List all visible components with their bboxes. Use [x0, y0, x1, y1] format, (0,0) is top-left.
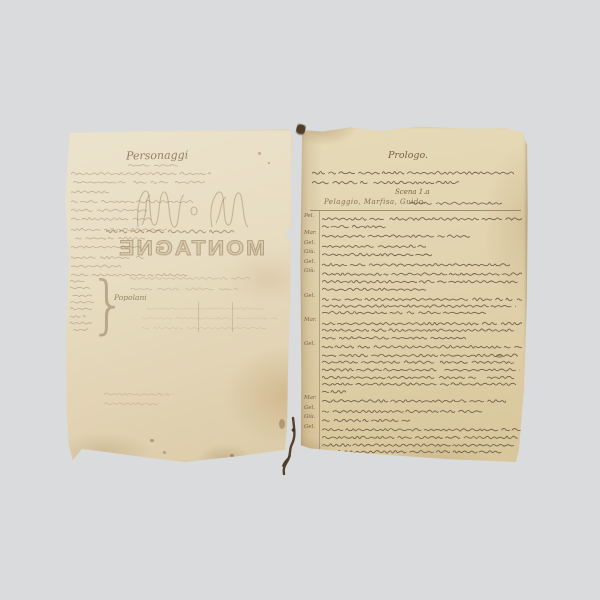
dialogue-paragraph: Pel. [322, 214, 522, 229]
dialogue-line [322, 365, 522, 372]
dialogue-paragraph: Gel. [322, 342, 522, 394]
handwriting-line [128, 160, 178, 170]
dialogue-paragraph: Gel. [322, 425, 522, 455]
handwriting-line [142, 313, 277, 323]
handwriting-line [142, 323, 270, 333]
dialogue-line [322, 214, 522, 221]
dialogue-paragraph: Gel. [322, 260, 522, 267]
handwriting-line [322, 250, 432, 260]
handwriting-line [322, 284, 426, 294]
group-brace: } [89, 268, 127, 342]
dialogue-line [322, 432, 522, 439]
dialogue-line [322, 406, 522, 413]
dialogue-line [322, 325, 522, 332]
group-name-row [70, 304, 94, 311]
speaker-label: Giù. [304, 414, 315, 420]
group-name-row [70, 318, 94, 325]
manuscript-photo: Personaggi MONTAGNE } Popolani [0, 0, 600, 600]
dialogue-line [322, 425, 522, 432]
dialogue-line [322, 387, 522, 394]
speaker-label: Giù. [304, 268, 315, 274]
handwriting-line [410, 198, 502, 208]
speaker-label: Gel. [304, 240, 315, 246]
group-name-row [70, 311, 94, 318]
dialogue-line [322, 342, 522, 349]
speaker-label: Gel. [304, 259, 315, 265]
dialogue-paragraph: Mar. [322, 231, 522, 238]
group-name-row [70, 276, 94, 283]
group-name-row [70, 283, 94, 290]
handwriting-line [322, 260, 510, 270]
handwriting-line [322, 221, 386, 231]
speaker-label: Mar. [304, 230, 317, 236]
dialogue-line [322, 241, 522, 248]
handwriting-line [142, 303, 264, 313]
dialogue-line [322, 396, 522, 403]
dialogue-block: Pel.Mar.Gel.Giù.Gel.Giù.Gel.Mar.Gel.Mar.… [322, 214, 522, 457]
handwriting-line [322, 447, 502, 457]
dialogue-paragraph: Giù. [322, 415, 522, 422]
speaker-label: Gel. [304, 424, 315, 430]
dialogue-paragraph: Gel. [322, 241, 522, 248]
foxing-spot [268, 162, 270, 164]
handwriting-line [322, 241, 426, 251]
scene-heading: Scena 1.a [395, 188, 430, 196]
handwriting-line [322, 406, 482, 416]
group-name-row [70, 325, 94, 332]
bleedthrough-scribble [106, 226, 234, 236]
handwriting-line [322, 387, 346, 397]
speaker-label: Gel. [304, 341, 315, 347]
foxing-spot [258, 152, 261, 155]
dialogue-line [322, 277, 522, 284]
group-name-list [70, 276, 94, 332]
left-page: Personaggi MONTAGNE } Popolani [62, 127, 295, 463]
speaker-label: Pel. [304, 213, 314, 219]
dialogue-line [322, 294, 522, 301]
speaker-label: Giù. [304, 249, 315, 255]
bleedthrough-lines [130, 273, 250, 295]
bleedthrough-title: MONTAGNE [106, 237, 277, 261]
edge-speck [370, 125, 374, 127]
dialogue-paragraph: Giù. [322, 250, 522, 257]
dialogue-line [322, 357, 522, 364]
dialogue-line [322, 350, 522, 357]
foxing-spot [163, 451, 166, 454]
dialogue-line [322, 231, 522, 238]
handwriting-line [322, 415, 410, 425]
stage-direction-lines [312, 168, 514, 185]
dialogue-paragraph: Mar. [322, 318, 522, 340]
speaker-label: Gel. [304, 293, 315, 299]
dialogue-line [322, 318, 522, 325]
handwriting-line [322, 231, 470, 241]
margin-rule [319, 211, 320, 456]
group-name-row [70, 290, 94, 297]
bleedthrough-table [140, 302, 277, 332]
dialogue-paragraph: Gel. [322, 294, 522, 316]
handwriting-line [322, 396, 506, 406]
bleedthrough-footer-lines [104, 389, 174, 409]
dialogue-line [322, 440, 522, 447]
handwriting-line [312, 177, 459, 187]
dialogue-line [322, 379, 522, 386]
handwriting-line [104, 399, 158, 409]
group-name-row [70, 297, 94, 304]
dialogue-line [322, 284, 522, 291]
group-label: Popolani [114, 293, 147, 302]
dialogue-line [322, 372, 522, 379]
handwriting-line [322, 333, 466, 343]
ink-blot [496, 354, 503, 358]
speaker-label: Mar. [304, 317, 317, 323]
dialogue-paragraph: Giù. [322, 269, 522, 291]
scene-cast-scrawl [410, 198, 502, 208]
dialogue-line [322, 221, 522, 228]
speaker-label: Mar. [304, 395, 317, 401]
handwriting-line [322, 308, 486, 318]
dialogue-paragraph: Mar. [322, 396, 522, 403]
dialogue-line [322, 301, 522, 308]
handwriting-line [130, 273, 250, 283]
dialogue-line [322, 250, 522, 257]
dialogue-line [322, 415, 522, 422]
dialogue-line [322, 333, 522, 340]
header-flourish [128, 160, 178, 170]
binding-thread-bottom [278, 416, 304, 478]
prologue-title: Prologo. [388, 150, 428, 161]
dialogue-line [322, 260, 522, 267]
dialogue-line [322, 269, 522, 276]
edge-speck [314, 126, 319, 129]
foxing-spot [150, 439, 154, 442]
heading-rule [310, 210, 521, 211]
handwriting-line [70, 325, 88, 335]
handwriting-line [104, 389, 174, 399]
dialogue-paragraph: Gel. [322, 406, 522, 413]
dialogue-line [322, 308, 522, 315]
right-page: Prologo. Scena 1.a Pelaggio, Marfisa, Gu… [300, 124, 528, 464]
speaker-label: Gel. [304, 405, 315, 411]
edge-speck [450, 126, 455, 128]
dialogue-line [322, 447, 522, 454]
foxing-spot [230, 454, 234, 457]
handwriting-line [106, 226, 234, 236]
